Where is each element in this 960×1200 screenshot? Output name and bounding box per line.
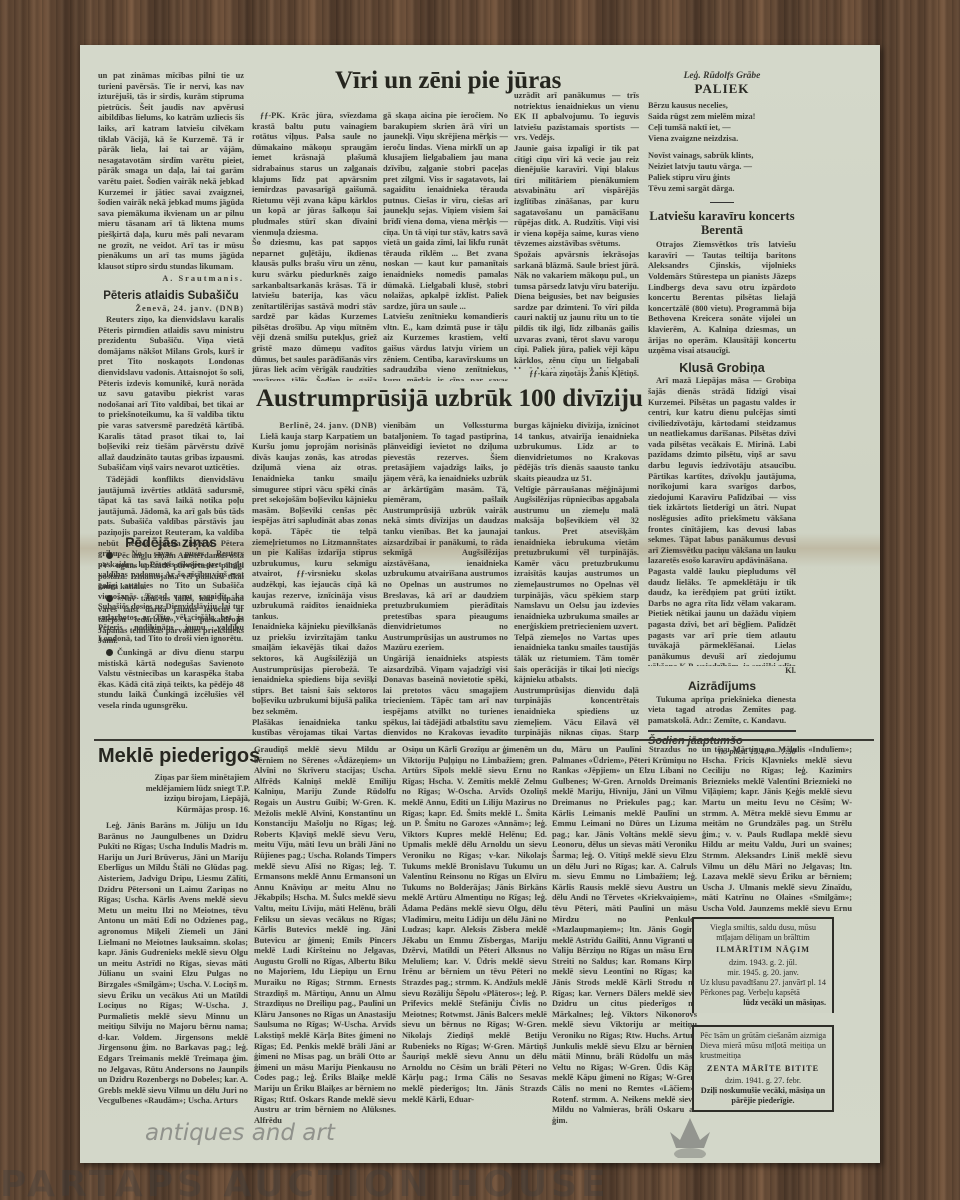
obituary-box-1: Viegla smiltis, saldu dusu, mūsu mīļajam… (692, 917, 834, 1013)
missing-col2: Graudiņš meklē sievu Mildu ar bērniem no… (254, 745, 396, 1141)
notice-text: Tukuma aprīņa priekšnieka dienesta vieta… (648, 695, 796, 727)
subalic-dateline: Ženevā, 24. janv. (DNB) (98, 304, 244, 315)
bullet-icon (106, 595, 113, 602)
missing-persons-headline: Meklē piederigos (98, 745, 260, 768)
poem-stanza-1: Bērzu kausus necelies, Saida rūgst zem m… (648, 100, 796, 144)
concert-text: Otrajos Ziemsvētkos trīs latviešu karavī… (648, 240, 796, 357)
missing-intro: Ziņas par šiem minētajiem meklējamiem lū… (130, 773, 250, 815)
bullet-icon (106, 552, 113, 559)
missing-col3: Osiņu un Kārli Grozīņu ar ģimenēm un Vik… (402, 745, 547, 1141)
subalic-headline: Pēteris atlaidis Subašiču (98, 291, 244, 302)
latest-news-headline: Pēdējās ziņas (98, 537, 244, 548)
missing-col4: du, Māru un Paulīni Strazdus no Palmanes… (552, 745, 697, 1141)
poem-title: PALIEK (648, 84, 796, 95)
grobina-headline: Klusā Grobiņa (648, 363, 796, 374)
bullet-icon (106, 649, 113, 656)
concert-headline: Latviešu karavīru koncerts Berentā (648, 209, 796, 237)
grobina-body: Arī mazā Liepājas māsa — Grobiņa šajās d… (648, 376, 796, 666)
notice-headline: Aizrādījums (648, 681, 796, 692)
viri-article-byline: ƒƒ-kara ziņotājs Žanis Kļētiņš. (514, 369, 639, 380)
latest-news-box: Pēdējās ziņas Pēc angļu ziņām Amsterdama… (98, 537, 244, 713)
section-divider (94, 739, 874, 741)
missing-col5: un tēvu Mārtiņu no Mālulis «Indulīem»; H… (702, 745, 852, 915)
watermark-brand: PARTAPS AUCTION HOUSE (0, 1164, 610, 1200)
missing-col1: Leģ. Jānis Barāns m. Jūliju un Idu Barān… (98, 821, 248, 1141)
intro-text: un pat zināmas mīcības pilni tie uz turi… (98, 71, 244, 272)
austrumprusija-col3: burgas kājnieku divīzija, iznīcinot 14 t… (514, 421, 639, 739)
subalic-paragraph-1: Reuters ziņo, ka dienvidslavu karalis Pē… (98, 315, 244, 474)
austrumprusija-col1: Berlinē, 24. janv. (DNB) Lielā kauja sta… (252, 421, 377, 739)
intro-byline: A. Srautmanis. (98, 274, 244, 285)
newspaper-page: Vīri un zēni pie jūras un pat zināmas mī… (80, 45, 880, 1163)
news-item: Pēc angļu ziņām Amsterdamas osta «V» ugu… (98, 551, 244, 593)
grobina-sign: Kl. (648, 666, 796, 677)
news-item: «Nav tālu tas laiks, kad Japāna varēs la… (98, 594, 244, 647)
viri-article-col3: uzrādīt arī panākumus — trīs notriektus … (514, 91, 639, 369)
crown-icon (670, 1114, 710, 1158)
viri-article-col2: gā skaņa aicina pie ieročiem. No barakup… (383, 111, 508, 381)
viri-article-col1: ƒƒ-PK. Krāc jūra, svīezdama krastā baltu… (252, 111, 377, 381)
watermark-tagline: antiques and art (145, 1120, 335, 1146)
obituary-box-2: Pēc īsām un grūtām ciešanām aizmiga Diev… (692, 1025, 834, 1112)
divider (648, 730, 796, 732)
poem-box: Leģ. Rūdolfs Grābe PALIEK Bērzu kausus n… (648, 71, 796, 757)
news-item: Čunkingā ar divu dienu starpu mistiskā k… (98, 648, 244, 712)
austrumprusija-headline: Austrumprūsijā uzbrūk 100 divīziju (256, 385, 643, 413)
austrumprusija-col2: vienībām un Volkssturma bataljoniem. To … (383, 421, 508, 739)
poem-stanza-2: Novīst vainags, sabrūk klints, Neiziet l… (648, 150, 796, 194)
divider (710, 202, 734, 203)
poem-author: Leģ. Rūdolfs Grābe (648, 71, 796, 82)
